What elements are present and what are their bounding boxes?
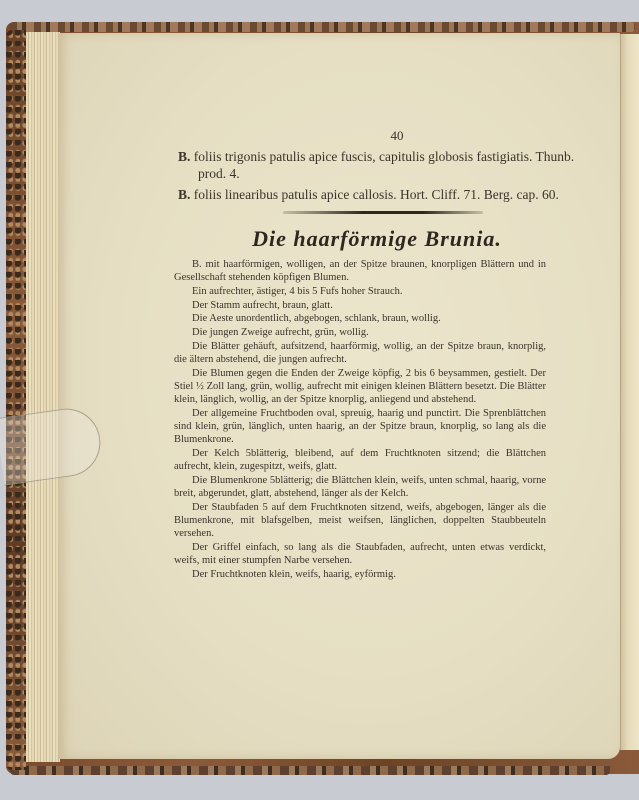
section-heading: Die haarförmige Brunia. <box>178 226 576 252</box>
paragraph: Die Aeste unordentlich, abgebogen, schla… <box>174 312 546 325</box>
paragraph: Die Blumen gegen die Enden der Zweige kö… <box>174 367 546 407</box>
section-divider <box>283 211 483 214</box>
paragraph: Der Kelch 5blätterig, bleibend, auf dem … <box>174 447 546 473</box>
marbled-spine <box>6 30 26 770</box>
description-body: B. mit haarförmigen, wolligen, an der Sp… <box>174 258 546 581</box>
paragraph: Der allgemeine Fruchtboden oval, spreuig… <box>174 407 546 447</box>
entry-prefix: B. <box>178 187 190 202</box>
paragraph: Die jungen Zweige aufrecht, grün, wollig… <box>174 326 546 339</box>
species-entry: B. foliis trigonis patulis apice fuscis,… <box>178 148 576 182</box>
paragraph: Der Griffel einfach, so lang als die Sta… <box>174 541 546 567</box>
paragraph: Die Blumenkrone 5blätterig; die Blättche… <box>174 474 546 500</box>
page-stack-edges <box>26 32 60 762</box>
paragraph: Der Stamm aufrecht, braun, glatt. <box>174 299 546 312</box>
cover-top-edge-marbled <box>10 22 635 32</box>
page-number: 40 <box>178 128 576 144</box>
cover-bottom-edge-marbled <box>10 766 610 775</box>
paragraph: Der Staubfaden 5 auf dem Fruchtknoten si… <box>174 501 546 541</box>
paragraph: Die Blätter gehäuft, aufsitzend, haarför… <box>174 340 546 366</box>
entry-prefix: B. <box>178 149 190 164</box>
right-page-edge <box>620 34 639 750</box>
paragraph: Der Fruchtknoten klein, weifs, haarig, e… <box>174 568 546 581</box>
paragraph: Ein aufrechter, ästiger, 4 bis 5 Fufs ho… <box>174 285 546 298</box>
page-content: 40 B. foliis trigonis patulis apice fusc… <box>178 128 576 581</box>
entry-text: foliis linearibus patulis apice callosis… <box>194 187 559 202</box>
entry-text: foliis trigonis patulis apice fuscis, ca… <box>194 149 574 181</box>
paragraph: B. mit haarförmigen, wolligen, an der Sp… <box>174 258 546 284</box>
species-entry: B. foliis linearibus patulis apice callo… <box>178 186 576 203</box>
